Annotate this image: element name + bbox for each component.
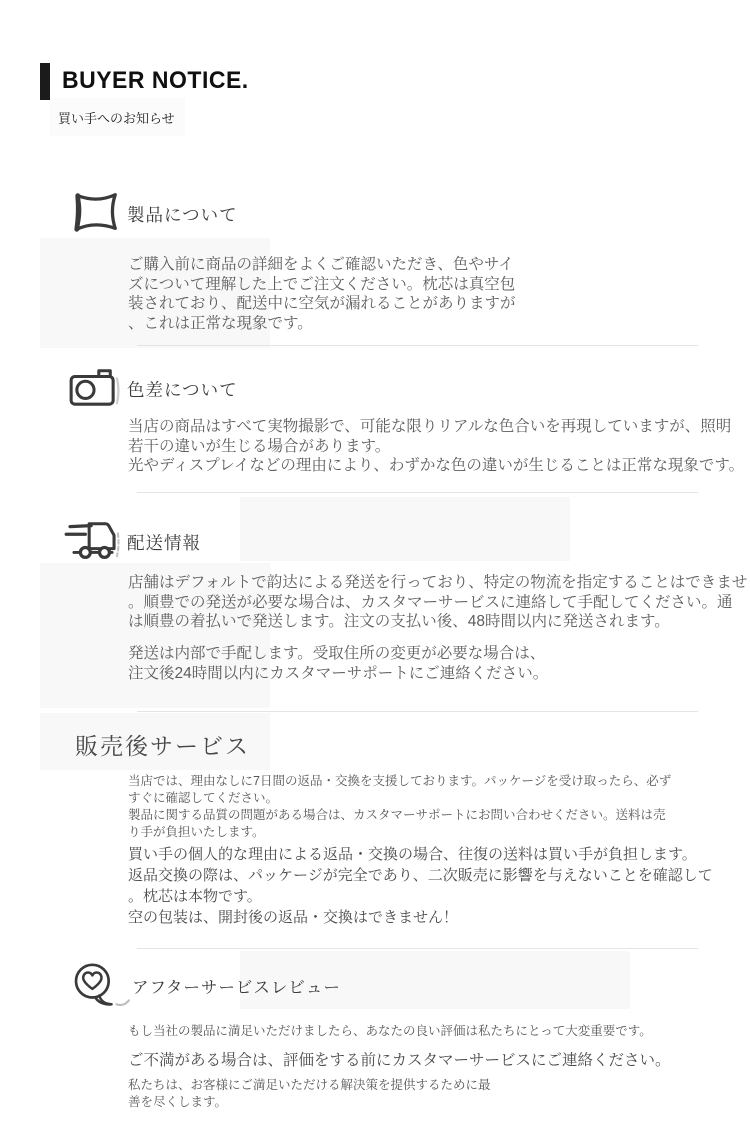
divider	[137, 345, 698, 346]
section-heading-product: 製品について	[127, 202, 238, 227]
divider	[137, 492, 698, 493]
section-heading-after-sale: 販売後サービス	[75, 728, 250, 761]
section-note-review: もし当社の製品に満足いただけましたら、あなたの良い評価は私たちにとって大変重要で…	[128, 1023, 652, 1040]
section-heading-shipping: 配送情報	[127, 530, 201, 555]
section-note-review-2: 私たちは、お客様にご満足いただける解決策を提供するために最 善を尽くします。	[128, 1077, 491, 1111]
section-heading-review: アフターサービスレビュー	[132, 974, 341, 998]
buyer-notice-page: { "header": { "title": "BUYER NOTICE.", …	[0, 0, 750, 1144]
camera-icon	[68, 366, 122, 408]
section-body-review: ご不満がある場合は、評価をする前にカスタマーサービスにご連絡ください。	[128, 1050, 671, 1071]
divider	[137, 711, 698, 712]
truck-icon	[64, 518, 122, 562]
section-body-color: 当店の商品はすべて実物撮影で、可能な限りリアルな色合いを再現していますが、照明 …	[128, 417, 744, 476]
bg-patch	[240, 497, 570, 561]
pillow-icon	[71, 189, 121, 235]
section-body-after-sale: 買い手の個人的な理由による返品・交換の場合、往復の送料は買い手が負担します。 返…	[128, 844, 713, 928]
section-body-product: ご購入前に商品の詳細をよくご確認いただき、色やサイ ズについて理解した上でご注文…	[128, 255, 516, 333]
divider	[137, 948, 698, 949]
page-title: BUYER NOTICE.	[62, 66, 249, 94]
heart-bubble-icon	[70, 960, 132, 1010]
title-accent-bar	[40, 63, 50, 100]
page-subtitle: 買い手へのお知らせ	[58, 108, 175, 127]
section-body-shipping: 店舗はデフォルトで韵达による発送を行っており、特定の物流を指定することはできませ…	[128, 573, 747, 632]
section-note-after-sale: 当店では、理由なしに7日間の返品・交換を支援しております。パッケージを受け取った…	[128, 773, 671, 841]
section-heading-color: 色差について	[127, 377, 238, 402]
section-body-shipping-2: 発送は内部で手配します。受取住所の変更が必要な場合は、 注文後24時間以内にカス…	[128, 644, 548, 683]
